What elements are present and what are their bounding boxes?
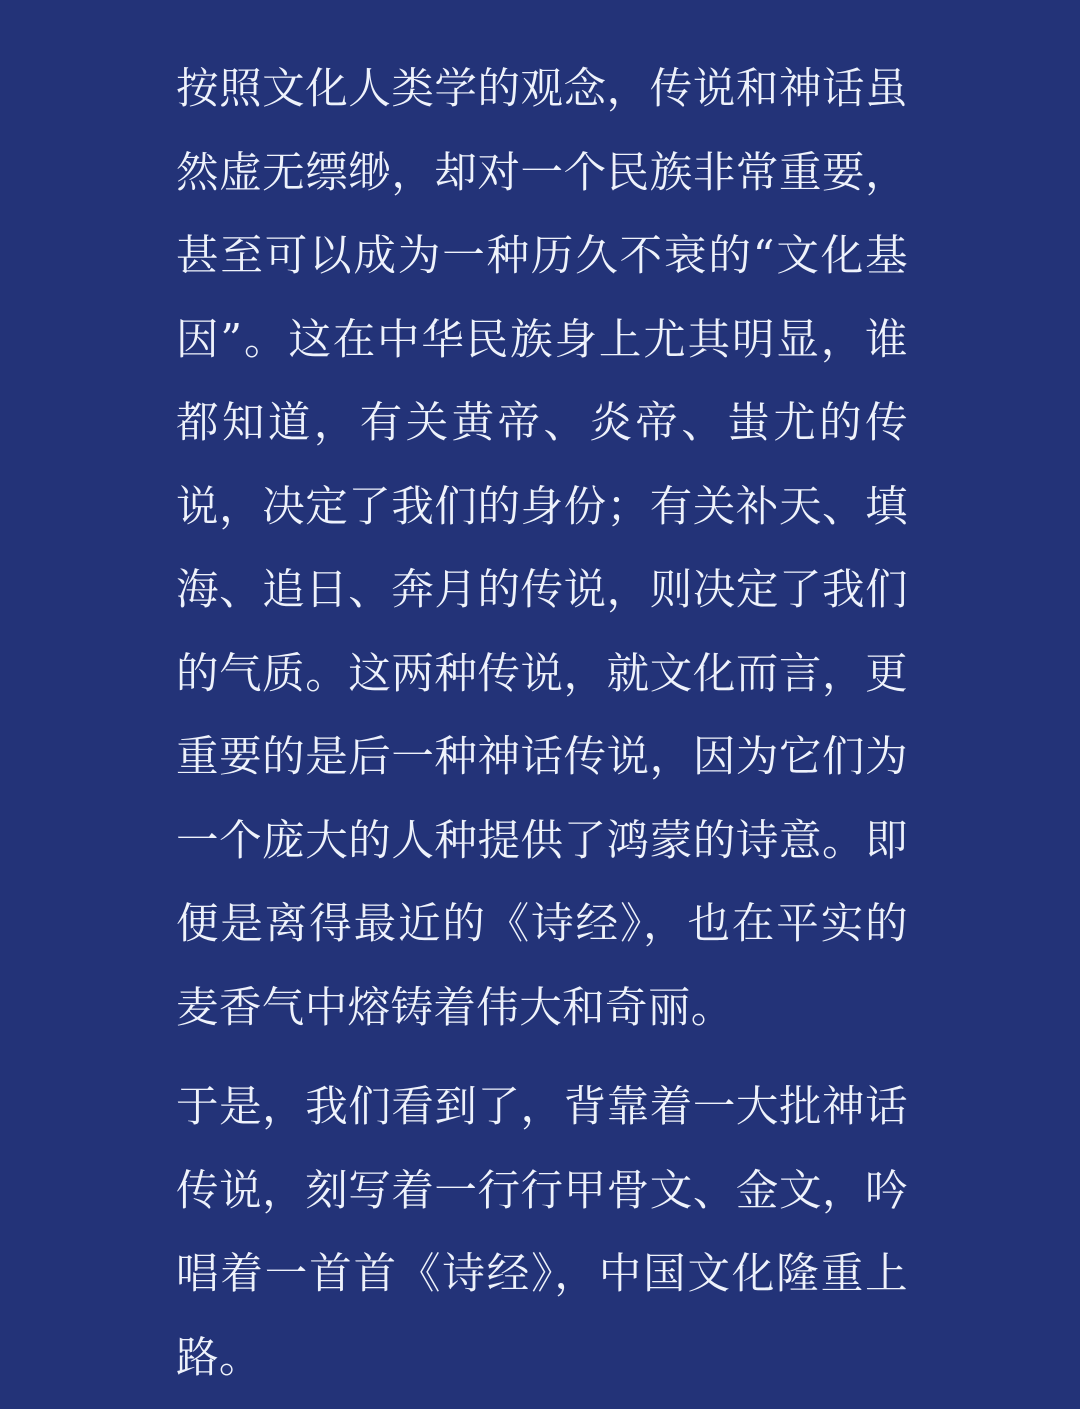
text-line: 甚至可以成为一种历久不衰的“文化基 (176, 215, 908, 299)
text-line: 然虚无缥缈，却对一个民族非常重要， (176, 132, 908, 216)
article-body: 按照文化人类学的观念，传说和神话虽 然虚无缥缈，却对一个民族非常重要， 甚至可以… (176, 48, 908, 1400)
text-line: 都知道，有关黄帝、炎帝、蚩尤的传 (176, 382, 908, 466)
text-line: 传说，刻写着一行行甲骨文、金文，吟 (176, 1150, 908, 1234)
text-line: 重要的是后一种神话传说，因为它们为 (176, 716, 908, 800)
text-line: 说，决定了我们的身份；有关补天、填 (176, 466, 908, 550)
text-line: 唱着一首首《诗经》，中国文化隆重上 (176, 1233, 908, 1317)
text-line: 于是，我们看到了，背靠着一大批神话 (176, 1066, 908, 1150)
text-line: 路。 (176, 1317, 908, 1401)
text-line: 麦香气中熔铸着伟大和奇丽。 (176, 967, 908, 1051)
paragraph-1: 按照文化人类学的观念，传说和神话虽 然虚无缥缈，却对一个民族非常重要， 甚至可以… (176, 48, 908, 1050)
text-line: 便是离得最近的《诗经》，也在平实的 (176, 883, 908, 967)
text-line: 的气质。这两种传说，就文化而言，更 (176, 633, 908, 717)
text-line: 海、追日、奔月的传说，则决定了我们 (176, 549, 908, 633)
text-line: 按照文化人类学的观念，传说和神话虽 (176, 48, 908, 132)
paragraph-2: 于是，我们看到了，背靠着一大批神话 传说，刻写着一行行甲骨文、金文，吟 唱着一首… (176, 1066, 908, 1400)
text-line: 因”。这在中华民族身上尤其明显，谁 (176, 299, 908, 383)
text-line: 一个庞大的人种提供了鸿蒙的诗意。即 (176, 800, 908, 884)
